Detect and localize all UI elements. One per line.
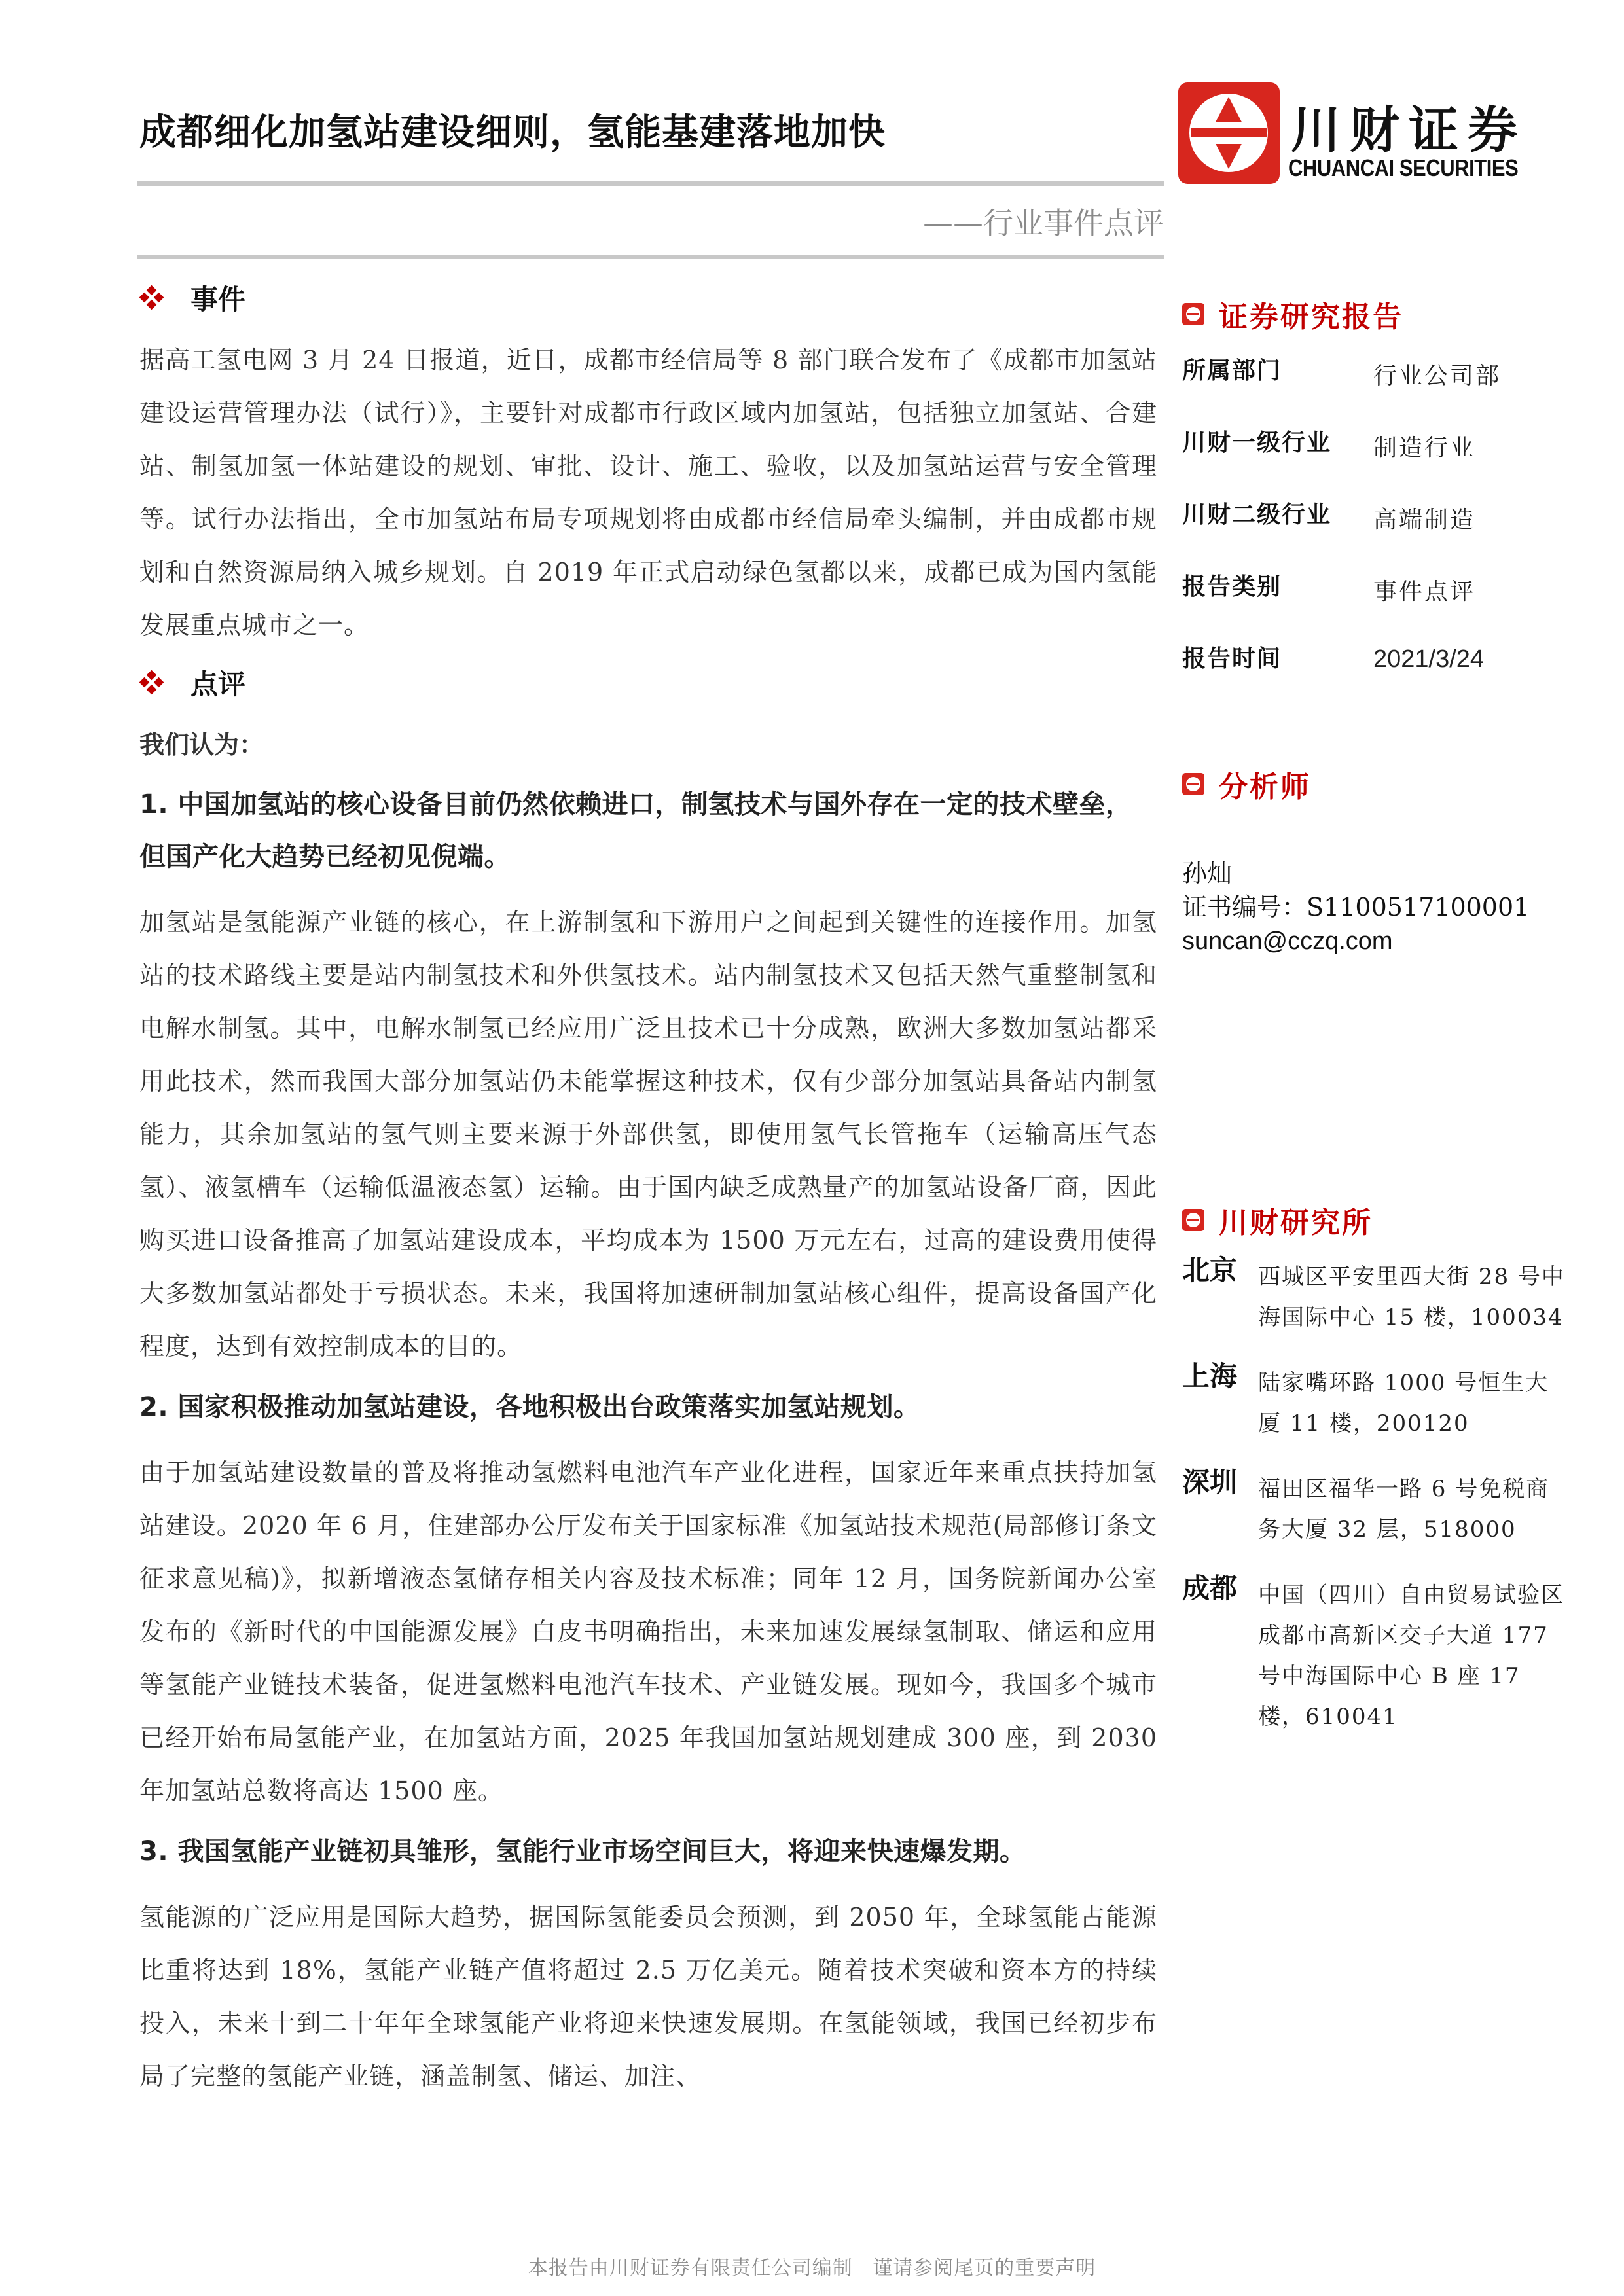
point-title-1: 1. 中国加氢站的核心设备目前仍然依赖进口，制氢技术与国外存在一定的技术壁垒，但… [139, 778, 1157, 883]
info-value: 事件点评 [1373, 562, 1475, 607]
office-city: 上海 [1182, 1355, 1258, 1444]
logo-text-cn: 川财证券 [1291, 90, 1526, 162]
page-footer: 本报告由川财证券有限责任公司编制 谨请参阅尾页的重要声明 [0, 2251, 1624, 2280]
info-row-industry-l1: 川财一级行业 制造行业 [1182, 418, 1575, 490]
office-city: 北京 [1182, 1249, 1258, 1338]
info-row-industry-l2: 川财二级行业 高端制造 [1182, 490, 1575, 562]
section-heading-comment: 点评 [139, 660, 1157, 706]
info-label: 川财一级行业 [1182, 418, 1373, 457]
analyst-cert: 证书编号：S1100517100001 [1182, 890, 1575, 924]
header-divider-bottom [137, 255, 1164, 259]
sidebar-heading-analyst: 分析师 [1182, 764, 1575, 804]
office-address: 陆家嘴环路 1000 号恒生大厦 11 楼，200120 [1258, 1355, 1569, 1444]
info-label: 报告时间 [1182, 634, 1373, 673]
logo-mark-icon [1182, 1209, 1204, 1231]
sidebar-title: 分析师 [1219, 763, 1311, 805]
point-body-3: 氢能源的广泛应用是国际大趋势，据国际氢能委员会预测，到 2050 年，全球氢能占… [139, 1891, 1157, 2103]
info-row-report-date: 报告时间 2021/3/24 [1182, 634, 1575, 706]
analyst-card: 孙灿 证书编号：S1100517100001 suncan@cczq.com [1182, 856, 1575, 958]
office-shanghai: 上海 陆家嘴环路 1000 号恒生大厦 11 楼，200120 [1182, 1355, 1575, 1444]
info-value: 行业公司部 [1373, 346, 1501, 391]
analyst-name: 孙灿 [1182, 856, 1575, 890]
sidebar: 证券研究报告 所属部门 行业公司部 川财一级行业 制造行业 川财二级行业 高端制… [1182, 295, 1575, 1754]
section-title: 事件 [190, 278, 245, 317]
office-address: 福田区福华一路 6 号免税商务大厦 32 层，518000 [1258, 1461, 1569, 1550]
info-label: 所属部门 [1182, 346, 1373, 386]
sidebar-heading-institute: 川财研究所 [1182, 1200, 1575, 1240]
header-divider-top [137, 181, 1164, 186]
company-logo: 川财证券 CHUANCAI SECURITIES [1178, 77, 1558, 188]
point-title-2: 2. 国家积极推动加氢站建设，各地积极出台政策落实加氢站规划。 [139, 1381, 1157, 1433]
analyst-email[interactable]: suncan@cczq.com [1182, 924, 1575, 958]
section-title: 点评 [190, 663, 245, 702]
event-paragraph: 据高工氢电网 3 月 24 日报道，近日，成都市经信局等 8 部门联合发布了《成… [139, 334, 1157, 652]
section-heading-event: 事件 [139, 275, 1157, 321]
info-label: 报告类别 [1182, 562, 1373, 601]
sidebar-title: 证券研究报告 [1219, 293, 1403, 335]
info-row-department: 所属部门 行业公司部 [1182, 346, 1575, 418]
info-row-report-type: 报告类别 事件点评 [1182, 562, 1575, 634]
logo-mark-icon [1182, 303, 1204, 325]
logo-text-en: CHUANCAI SECURITIES [1288, 154, 1518, 182]
point-body-2: 由于加氢站建设数量的普及将推动氢燃料电池汽车产业化进程，国家近年来重点扶持加氢站… [139, 1446, 1157, 1818]
point-body-1: 加氢站是氢能源产业链的核心，在上游制氢和下游用户之间起到关键性的连接作用。加氢站… [139, 896, 1157, 1373]
diamond-bullet-icon [141, 672, 163, 694]
office-city: 成都 [1182, 1567, 1258, 1737]
info-value: 制造行业 [1373, 418, 1475, 463]
footer-disclaimer: 谨请参阅尾页的重要声明 [873, 2257, 1096, 2280]
office-shenzhen: 深圳 福田区福华一路 6 号免税商务大厦 32 层，518000 [1182, 1461, 1575, 1550]
office-beijing: 北京 西城区平安里西大街 28 号中海国际中心 15 楼，100034 [1182, 1249, 1575, 1338]
office-address: 中国（四川）自由贸易试验区成都市高新区交子大道 177 号中海国际中心 B 座 … [1258, 1567, 1569, 1737]
info-value: 高端制造 [1373, 490, 1475, 535]
info-value: 2021/3/24 [1373, 634, 1484, 673]
footer-compiled-by: 本报告由川财证券有限责任公司编制 [528, 2257, 853, 2280]
report-subtitle: ——行业事件点评 [923, 200, 1164, 243]
sidebar-heading-report: 证券研究报告 [1182, 295, 1575, 334]
logo-mark-icon [1178, 82, 1280, 184]
diamond-bullet-icon [141, 287, 163, 309]
main-content: 事件 据高工氢电网 3 月 24 日报道，近日，成都市经信局等 8 部门联合发布… [139, 275, 1157, 2111]
sidebar-title: 川财研究所 [1219, 1199, 1373, 1241]
office-city: 深圳 [1182, 1461, 1258, 1550]
point-title-3: 3. 我国氢能产业链初具雏形，氢能行业市场空间巨大，将迎来快速爆发期。 [139, 1825, 1157, 1878]
info-label: 川财二级行业 [1182, 490, 1373, 529]
report-title: 成都细化加氢站建设细则，氢能基建落地加快 [139, 103, 886, 156]
logo-mark-icon [1182, 773, 1204, 795]
office-chengdu: 成都 中国（四川）自由贸易试验区成都市高新区交子大道 177 号中海国际中心 B… [1182, 1567, 1575, 1737]
office-address: 西城区平安里西大街 28 号中海国际中心 15 楼，100034 [1258, 1249, 1569, 1338]
comment-lead: 我们认为： [139, 719, 1157, 772]
